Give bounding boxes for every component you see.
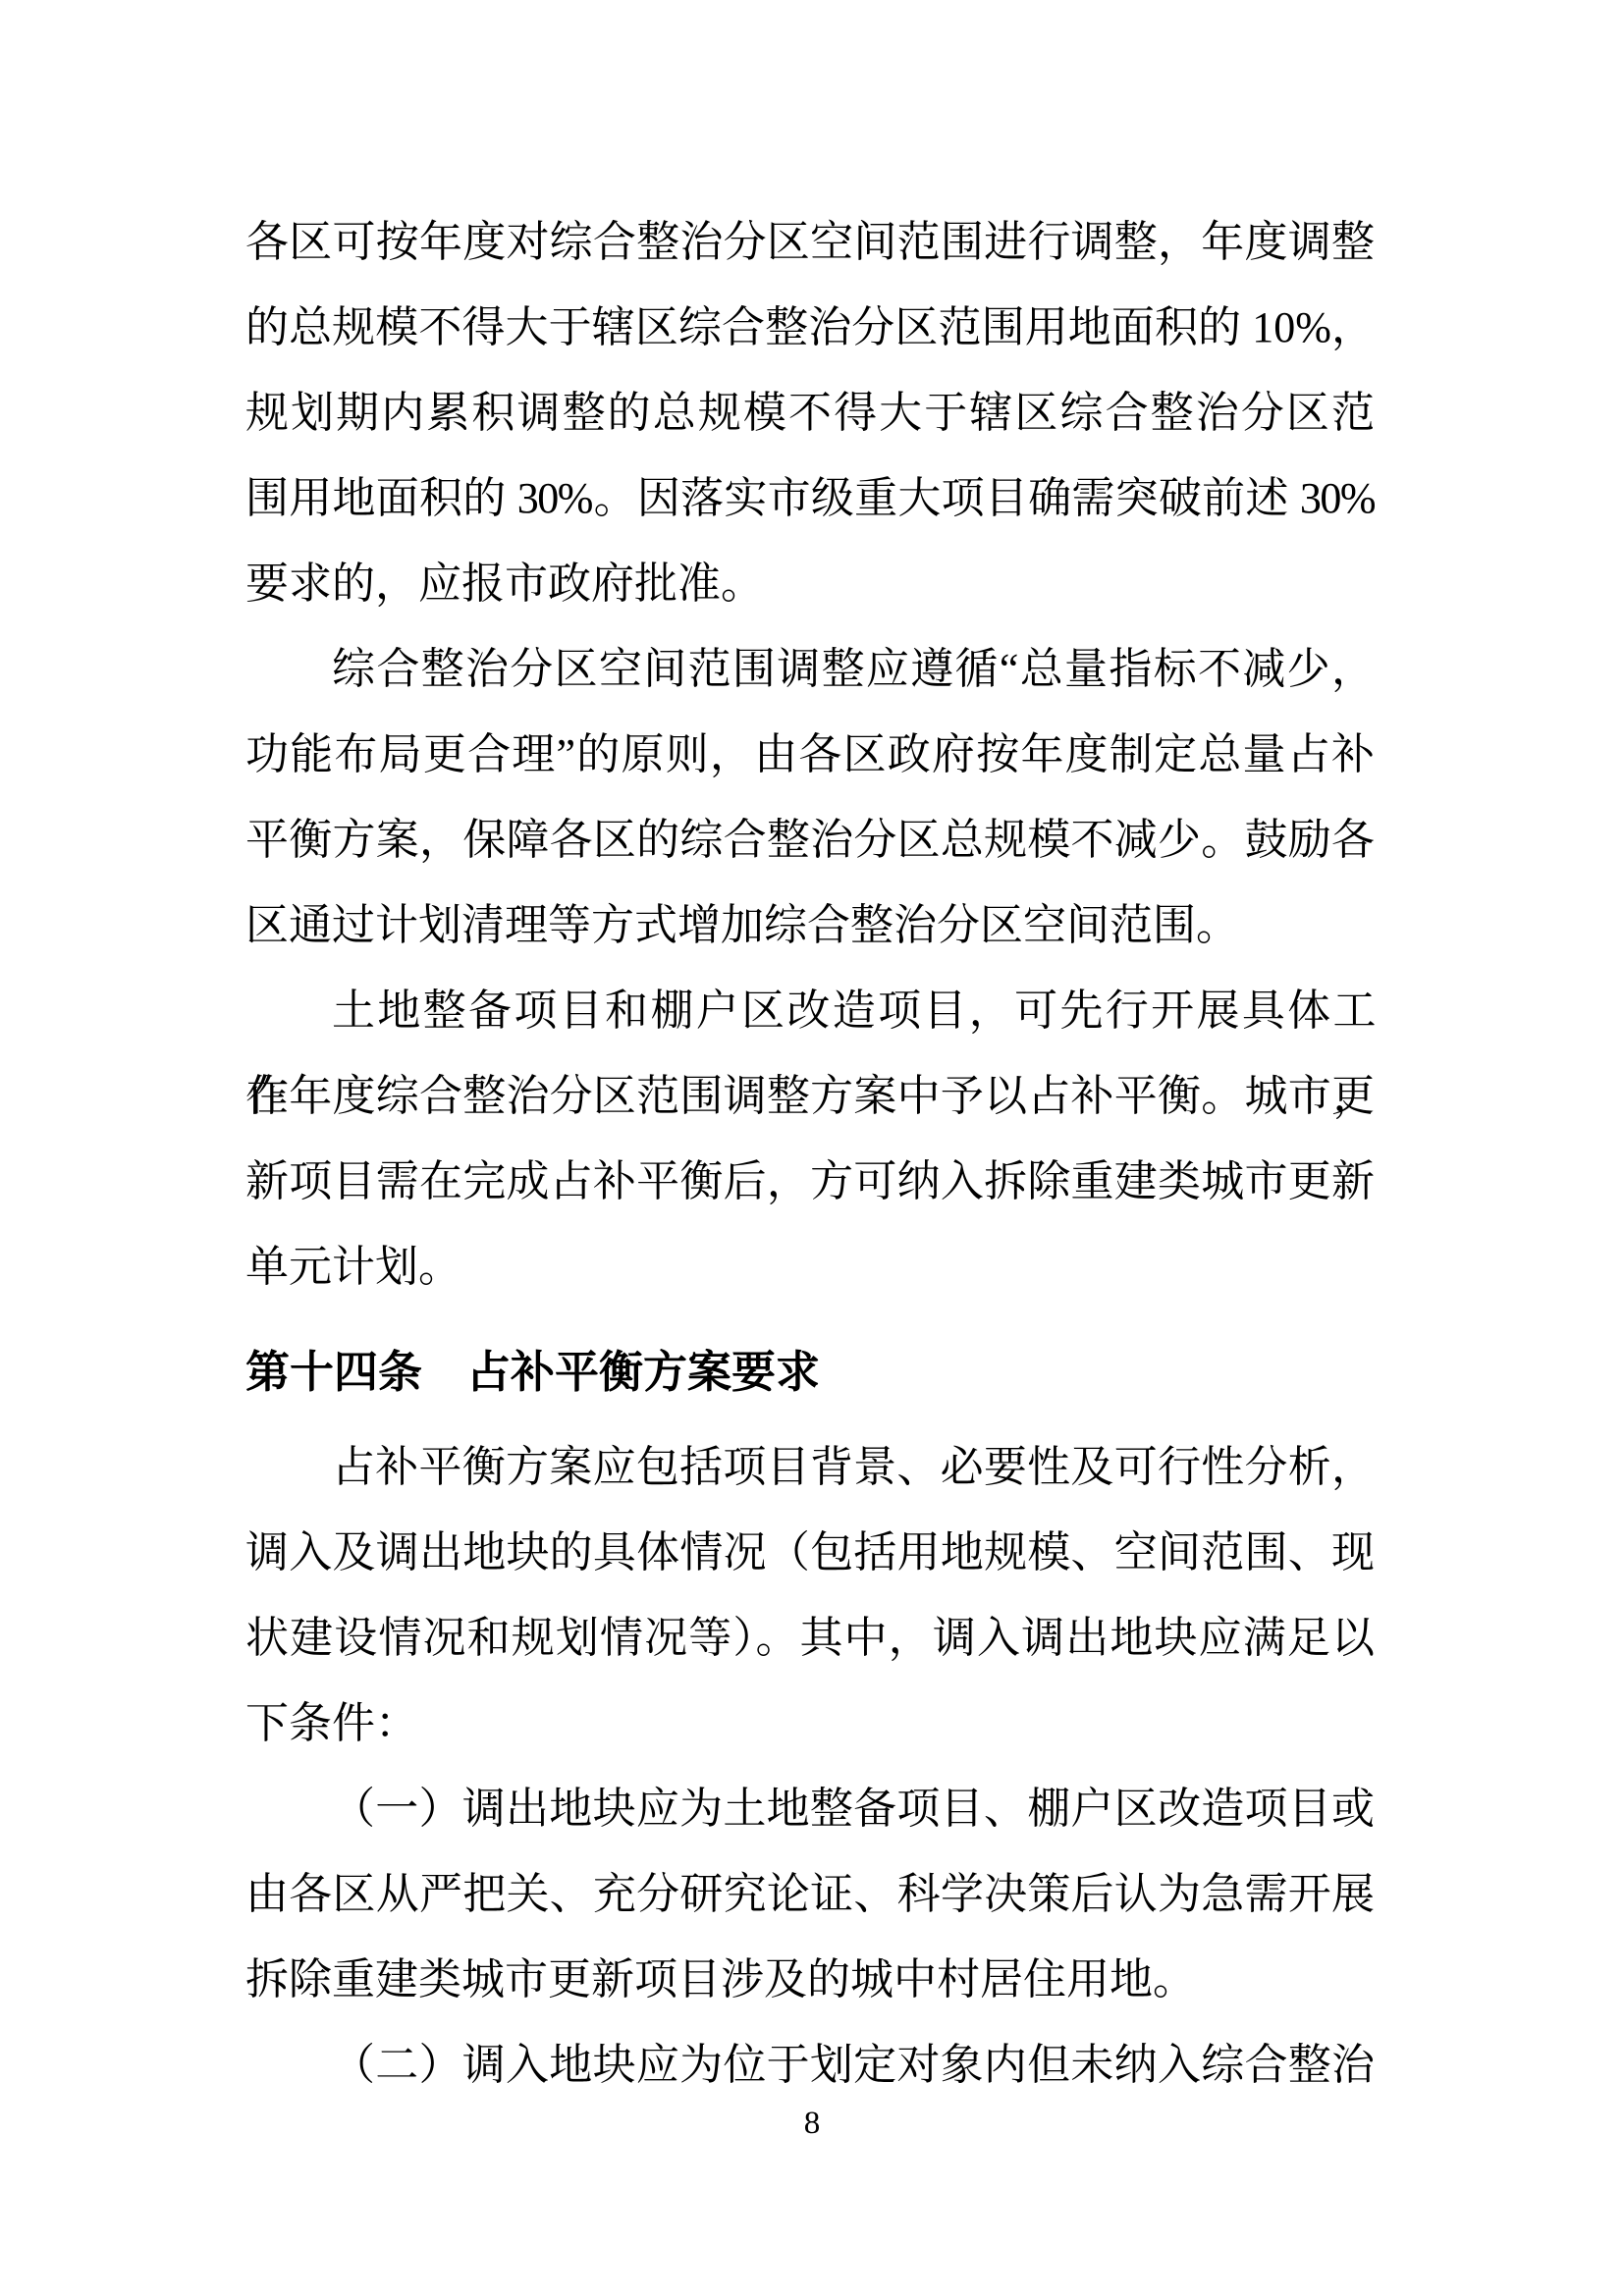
paragraph-line: 规划期内累积调整的总规模不得大于辖区综合整治分区范 [245, 370, 1375, 455]
paragraph-line: 状建设情况和规划情况等）。其中，调入调出地块应满足以 [245, 1595, 1375, 1681]
list-item-line: （一）调出地块应为土地整备项目、棚户区改造项目或 [245, 1766, 1375, 1851]
paragraph-line: 在年度综合整治分区范围调整方案中予以占补平衡。城市更 [245, 1053, 1375, 1139]
paragraph-line: 的总规模不得大于辖区综合整治分区范围用地面积的 10%， [245, 285, 1375, 370]
paragraph-line: 围用地面积的 30%。因落实市级重大项目确需突破前述 30% [245, 455, 1375, 541]
paragraph-line: 新项目需在完成占补平衡后，方可纳入拆除重建类城市更新 [245, 1139, 1375, 1224]
paragraph-line: 平衡方案，保障各区的综合整治分区总规模不减少。鼓励各 [245, 797, 1375, 882]
paragraph-line: 下条件： [245, 1681, 1375, 1766]
article-heading: 第十四条 占补平衡方案要求 [245, 1329, 1375, 1415]
paragraph-line: 土地整备项目和棚户区改造项目，可先行开展具体工作， [245, 968, 1375, 1053]
list-item-line: 由各区从严把关、充分研究论证、科学决策后认为急需开展 [245, 1851, 1375, 1937]
page-number: 8 [0, 2094, 1624, 2153]
list-item-line: 拆除重建类城市更新项目涉及的城中村居住用地。 [245, 1937, 1375, 2022]
document-page: 各区可按年度对综合整治分区空间范围进行调整，年度调整 的总规模不得大于辖区综合整… [0, 0, 1624, 2296]
paragraph-line: 综合整治分区空间范围调整应遵循“总量指标不减少， [245, 626, 1375, 712]
paragraph-line: 功能布局更合理”的原则，由各区政府按年度制定总量占补 [245, 712, 1375, 797]
paragraph-line: 单元计划。 [245, 1224, 1375, 1309]
paragraph-line: 区通过计划清理等方式增加综合整治分区空间范围。 [245, 882, 1375, 968]
paragraph-line: 要求的，应报市政府批准。 [245, 541, 1375, 626]
document-body: 各区可按年度对综合整治分区空间范围进行调整，年度调整 的总规模不得大于辖区综合整… [245, 199, 1375, 2108]
paragraph-line: 占补平衡方案应包括项目背景、必要性及可行性分析， [245, 1424, 1375, 1510]
paragraph-line: 各区可按年度对综合整治分区空间范围进行调整，年度调整 [245, 199, 1375, 285]
paragraph-line: 调入及调出地块的具体情况（包括用地规模、空间范围、现 [245, 1510, 1375, 1595]
